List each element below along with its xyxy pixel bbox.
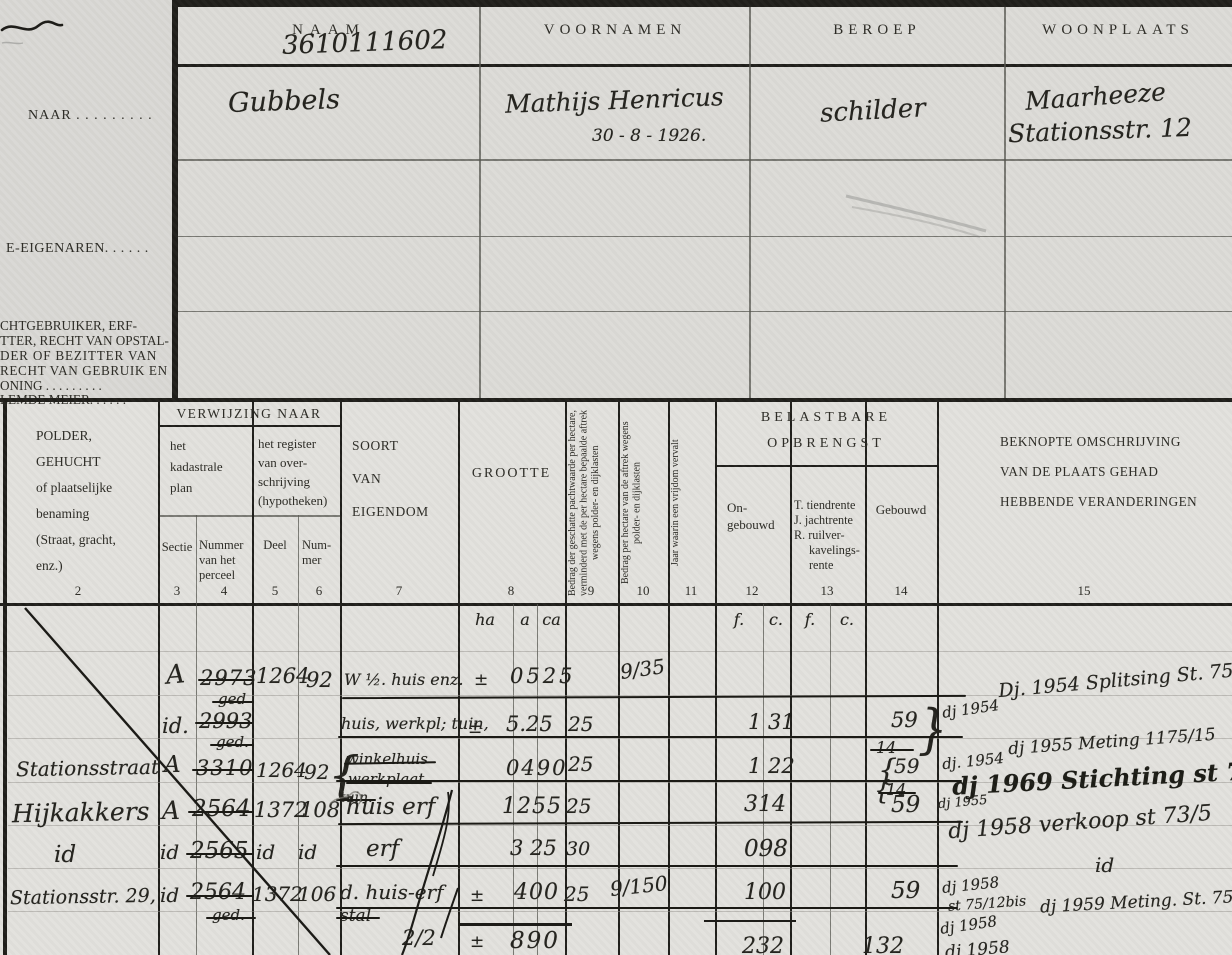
r3-gebouwd: 59: [894, 754, 919, 778]
r1-grootte: 0525: [510, 664, 575, 688]
top-table-vline-3: [1004, 7, 1006, 398]
scanned-register-card: NAAR . . . . . . . . . E-EIGENAREN. . . …: [0, 0, 1232, 955]
sectie-header: Sectie: [157, 540, 197, 555]
r1-strike-perceel: [198, 679, 254, 681]
col13-line1: T. tiendrente: [794, 498, 855, 513]
colnum-7: 7: [384, 583, 414, 599]
r7-gebouwd: 132: [862, 934, 904, 955]
naam-value: Gubbels: [227, 84, 340, 119]
vline-158: [158, 402, 160, 955]
register-line3: schrijving: [258, 474, 310, 490]
r2-col9: 25: [568, 712, 593, 736]
colnum-3: 3: [162, 583, 192, 599]
r5-soort: erf: [366, 836, 399, 862]
r3-perceel: 3310: [196, 756, 253, 780]
top-table-vline-1: [479, 7, 481, 398]
nummer-line2: mer: [302, 553, 321, 568]
vline-790: [790, 402, 792, 955]
vline-715: [715, 402, 717, 955]
r6-underline-ongebouwd: [704, 920, 796, 922]
top-table-row-line-3: [178, 311, 1232, 312]
top-left-flourish-mark: [2, 22, 62, 30]
grootte-header: GROOTTE: [458, 466, 565, 482]
top-table-header-underline: [178, 64, 1232, 67]
soort-line2: VAN: [352, 471, 381, 487]
r3-soort-line1: winkelhuis: [346, 750, 428, 768]
col2-header-line4: benaming: [36, 506, 89, 522]
lower-table-top-border: [0, 398, 1232, 402]
ongebouwd-line2: gebouwd: [727, 517, 775, 533]
colnum-14: 14: [886, 583, 916, 599]
r1-soort: W ½. huis enz.: [344, 670, 464, 689]
col13-line5: rente: [809, 558, 833, 573]
kadastraal-line3: plan: [170, 480, 192, 496]
r3-nummer: 92: [304, 760, 329, 784]
register-line2: van over-: [258, 455, 307, 471]
r2-gebouwd: 59: [891, 708, 918, 732]
lower-left-border: [3, 398, 7, 955]
r7-grootte: 890: [510, 928, 560, 954]
r5-sectie: id: [160, 840, 179, 864]
r2-ongebouwd: 1 31: [748, 710, 795, 734]
ongebouwd-line1: On-: [727, 500, 747, 516]
register-line1: het register: [258, 436, 316, 452]
r3-sectie: A: [164, 752, 181, 778]
r1-perceel: 2973: [200, 666, 257, 690]
vline-340: [340, 402, 342, 955]
r5-col9: 30: [566, 838, 590, 860]
r5-plaats: id: [54, 842, 76, 868]
r4-perceel: 2564: [192, 796, 251, 822]
geboortedatum-value: 30 - 8 - 1926.: [592, 126, 706, 146]
r6-strike-row: [336, 907, 958, 909]
r3-strike-14: [878, 792, 916, 794]
r3-deel: 1264: [256, 758, 307, 782]
lower-table-header-underline: [0, 603, 1232, 606]
r6-plaats: Stationsstr. 29,: [10, 885, 156, 910]
nummer-perceel-line3: perceel: [199, 568, 235, 583]
r7-soort-sub: 2/2: [402, 926, 436, 950]
kadastraal-group-line: [158, 515, 340, 517]
colnum-2: 2: [63, 583, 93, 599]
colnum-8: 8: [496, 583, 526, 599]
col2-header-line5: (Straat, gracht,: [36, 532, 116, 548]
col13-line2: J. jachtrente: [794, 513, 853, 528]
r2-soort: huis, werkpl; tuin,: [341, 714, 489, 733]
col15-line3: HEBBENDE VERANDERINGEN: [1000, 494, 1197, 510]
r6-strike-stal: [336, 917, 380, 919]
r6-deel: 1372: [252, 882, 303, 906]
r6-sectie: id: [160, 883, 179, 907]
nummer-perceel-line2: van het: [199, 553, 235, 568]
register-number: 3610111602: [282, 25, 448, 61]
belastbare-underline: [715, 465, 937, 467]
col15-line1: BEKNOPTE OMSCHRIJVING: [1000, 434, 1181, 450]
unit-f2: f.: [795, 610, 825, 629]
r2-perceel: 2993: [199, 709, 252, 733]
unit-c1: c.: [761, 610, 791, 629]
r3-ongebouwd: 1 22: [748, 754, 795, 778]
r5-ongebouwd: 098: [744, 836, 788, 862]
r2-grootte: 5.25: [506, 712, 553, 736]
verwijzing-naar-header: VERWIJZING NAAR: [158, 406, 340, 422]
r2-plusminus: ±: [468, 718, 482, 738]
col2-header-line1: POLDER,: [36, 428, 92, 444]
r7-plusminus: ±: [470, 932, 484, 952]
r3-strike-perceel: [192, 769, 254, 771]
r1-perceel-sub: ged: [218, 690, 246, 708]
deel-header: Deel: [252, 538, 298, 553]
r4-gebouwd: 59: [891, 792, 920, 818]
verwijzing-underline: [158, 425, 340, 427]
col2-header-line2: GEHUCHT: [36, 454, 101, 470]
r5-grootte: 3 25: [510, 836, 557, 860]
colnum-10: 10: [628, 583, 658, 599]
r4-grootte: 1255: [502, 794, 562, 819]
col13-line4: kavelings-: [809, 543, 860, 558]
colnum-9: 9: [576, 583, 606, 599]
top-table-row-line-1: [178, 159, 1232, 161]
r5-perceel: 2565: [190, 838, 249, 864]
r6-perceel: 2564: [190, 880, 246, 905]
r3-strike-soort2: [346, 782, 432, 784]
colnum-6: 6: [304, 583, 334, 599]
row-guide-5: [8, 868, 1232, 869]
soort-line3: EIGENDOM: [352, 504, 429, 520]
r5-strike-perceel: [186, 853, 254, 855]
col2-header-line3: of plaatselijke: [36, 480, 112, 496]
beroep-value: schilder: [819, 93, 926, 128]
r1-nummer: 92: [306, 668, 333, 692]
nummer-perceel-line1: Nummer: [199, 538, 243, 553]
register-line4: (hypotheken): [258, 493, 327, 509]
belastbare-line2: OPBRENGST: [715, 436, 937, 452]
r3-strike-row: [336, 780, 962, 782]
unit-c2: c.: [832, 610, 862, 629]
top-table-top-border: [172, 0, 1232, 7]
r5-nummer: id: [298, 840, 317, 864]
margin-label-gebruiker-line3: DER OF BEZITTER VAN: [0, 348, 157, 364]
vline-865: [865, 402, 867, 955]
soort-line1: SOORT: [352, 438, 398, 454]
r6-strike-ged: [206, 917, 256, 919]
margin-label-eigenaar: NAAR . . . . . . . . .: [28, 108, 153, 124]
col13-line3: R. ruilver-: [794, 528, 845, 543]
col15-line2: VAN DE PLAATS GEHAD: [1000, 464, 1158, 480]
r4-ongebouwd: 314: [744, 792, 786, 817]
r4-nummer: 108: [300, 798, 340, 822]
r2-strike-ged: [210, 744, 254, 746]
top-table-left-border: [172, 0, 178, 398]
margin-label-gebruiker-line1: CHTGEBRUIKER, ERF-: [0, 318, 137, 334]
colnum-12: 12: [737, 583, 767, 599]
colnum-11: 11: [676, 583, 706, 599]
r2-strike-perceel: [195, 722, 253, 724]
nummer-line1: Num-: [302, 538, 331, 553]
r6-underline-grootte: [458, 923, 572, 926]
header-beroep: BEROEP: [777, 22, 977, 39]
units-row-underline: [0, 651, 1232, 652]
r3-grootte: 0490: [506, 756, 567, 780]
r3-strike-soort3: [336, 799, 376, 801]
r4-col9: 25: [566, 794, 591, 818]
r6-strike-perceel: [186, 895, 254, 897]
kadastraal-line1: het: [170, 438, 186, 454]
annotation-id: id: [1095, 853, 1114, 877]
r1-sectie: A: [165, 659, 186, 691]
r3-soort-line2: werkplaat.: [348, 770, 429, 788]
colnum-4: 4: [209, 583, 239, 599]
colnum-13: 13: [812, 583, 842, 599]
unit-ha: ha: [470, 610, 500, 629]
unit-a: a: [513, 610, 537, 629]
r6-perceel-sub: ged.: [212, 906, 245, 924]
r3-plaats: Stationsstraat: [16, 755, 159, 781]
pencil-smudge-top-left: [2, 42, 23, 43]
header-woonplaats: WOONPLAATS: [1018, 22, 1218, 39]
r6-col9: 25: [564, 882, 589, 906]
header-voornamen: VOORNAMEN: [505, 22, 725, 39]
col10-rotated-header: Bedrag per hectare van de aftrek wegens …: [620, 407, 667, 599]
r6-gebouwd: 59: [891, 878, 920, 904]
col9-rotated-header: Bedrag der geschatte pachtwaarde per hec…: [567, 407, 617, 599]
r4-soort: huis erf: [346, 794, 435, 820]
r4-strike-perceel: [188, 811, 254, 813]
r2-strike-14: [870, 749, 914, 751]
top-table-vline-2: [749, 7, 751, 398]
r2-sectie: id.: [162, 714, 189, 738]
col2-header-line6: enz.): [36, 558, 63, 574]
vline-937: [937, 402, 939, 955]
colnum-15: 15: [1069, 583, 1099, 599]
unit-ca: ca: [538, 610, 565, 629]
r2-strike-row: [338, 736, 963, 738]
r6-ongebouwd: 100: [744, 880, 786, 905]
colnum-5: 5: [260, 583, 290, 599]
r5-strike-row: [336, 865, 958, 867]
margin-label-gebruiker-line4: RECHT VAN GEBRUIK EN: [0, 363, 168, 379]
r6-plusminus: ±: [470, 886, 484, 906]
belastbare-line1: BELASTBARE: [715, 410, 937, 426]
margin-label-gebruiker-line2: TTER, RECHT VAN OPSTAL-: [0, 333, 169, 349]
r1-plusminus: ±: [474, 670, 488, 690]
kadastraal-line2: kadastrale: [170, 459, 223, 475]
r4-sectie: A: [162, 796, 180, 825]
r2-perceel-sub: ged.: [216, 733, 249, 751]
r4-plaats: Hijkakkers: [12, 797, 150, 828]
r3-col9: 25: [568, 752, 593, 776]
r6-soort: d. huis-erf: [340, 880, 444, 904]
top-table-row-line-2: [178, 236, 1232, 237]
r1-deel: 1264: [256, 664, 309, 688]
r6-grootte: 400: [514, 880, 559, 905]
r5-deel: id: [256, 840, 275, 864]
r7-ongebouwd: 232: [742, 934, 784, 955]
r6-nummer: 106: [298, 882, 336, 906]
unit-f1: f.: [724, 610, 754, 629]
r1-strike-ged: [212, 701, 254, 703]
gebouwd-header: Gebouwd: [865, 502, 937, 518]
margin-label-mede-eigenaren: E-EIGENAREN. . . . . .: [6, 241, 149, 257]
col11-rotated-header: Jaar waarin een vrijdom vervalt: [670, 407, 714, 599]
